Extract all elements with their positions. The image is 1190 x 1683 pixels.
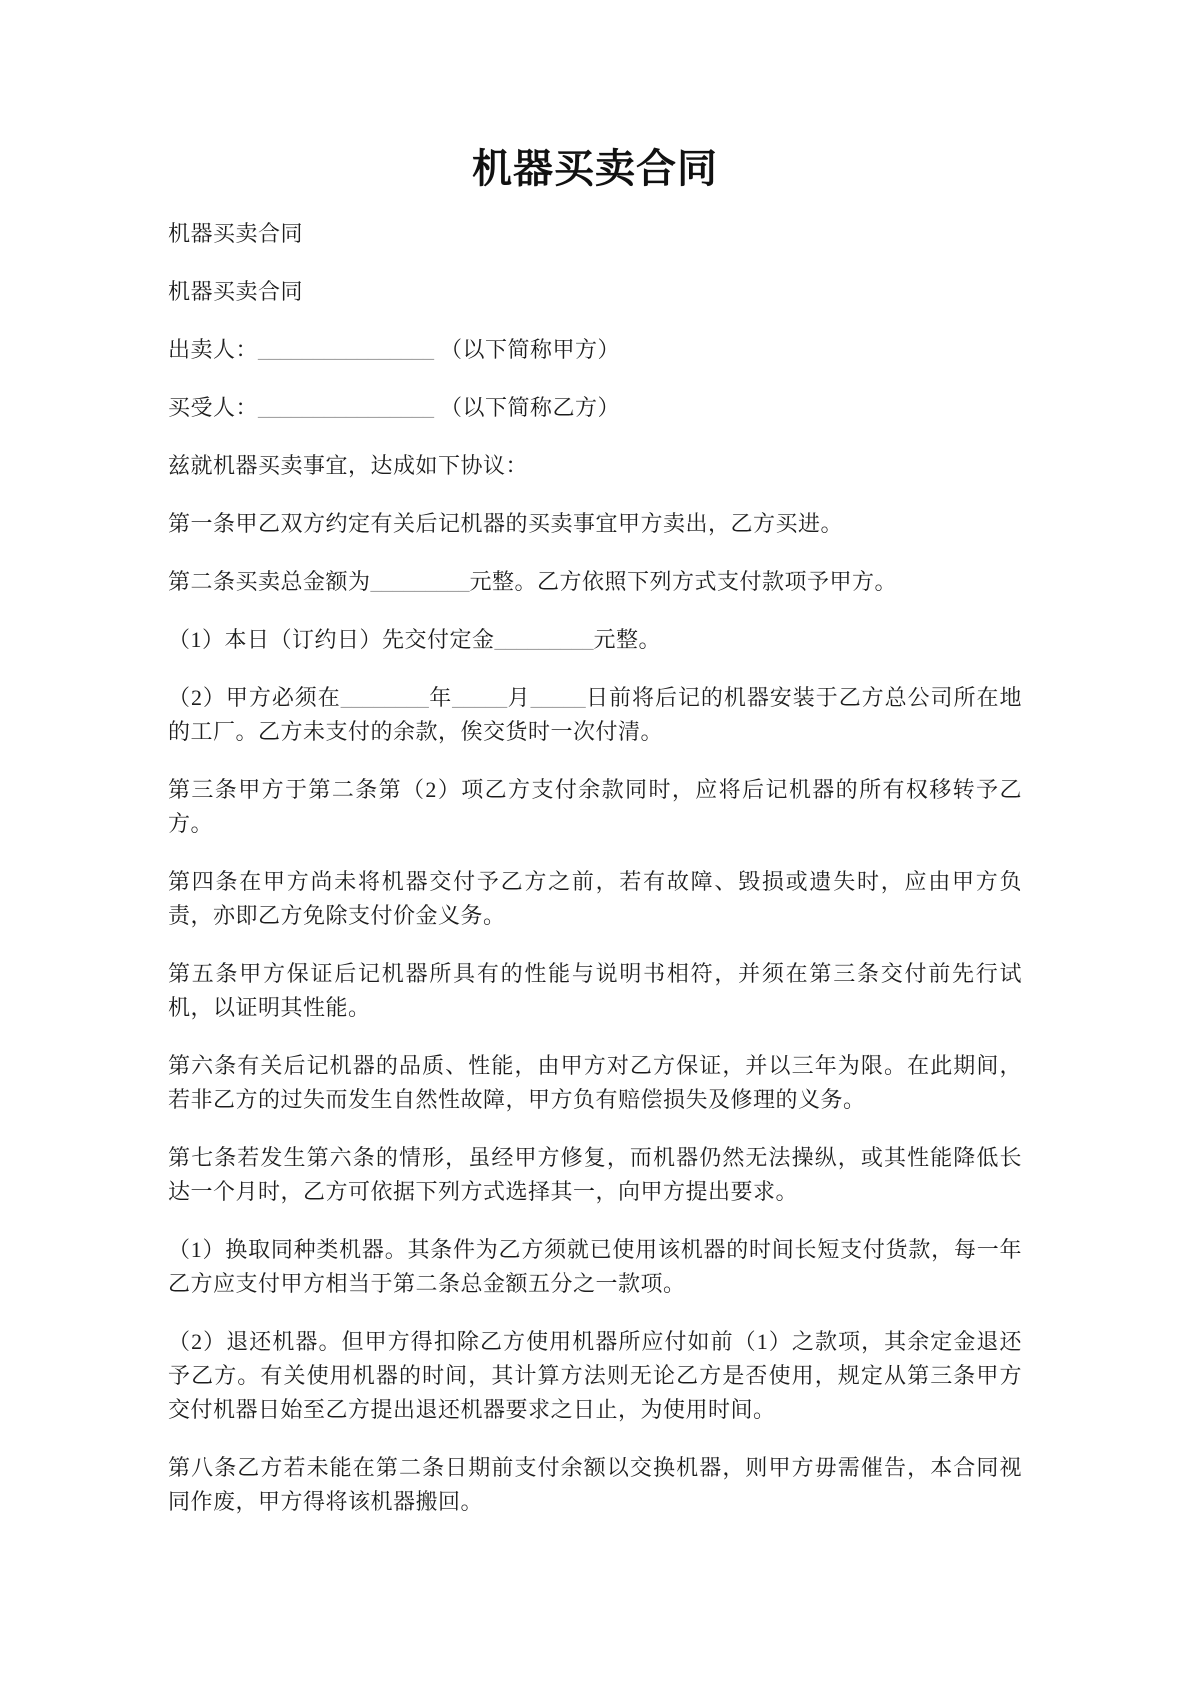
contract-document-page: 机器买卖合同 机器买卖合同 机器买卖合同 出卖人：_______________… — [0, 0, 1190, 1683]
article-2-item-1-text-post: 元整。 — [594, 627, 662, 652]
buyer-name-blank: ________________ — [258, 395, 434, 420]
article-6: 第六条有关后记机器的品质、性能，由甲方对乙方保证，并以三年为限。在此期间，若非乙… — [168, 1049, 1022, 1117]
article-7-item-2: （2）退还机器。但甲方得扣除乙方使用机器所应付如前（1）之款项，其余定金退还予乙… — [168, 1325, 1022, 1427]
article-2-amount-blank: _________ — [371, 569, 470, 594]
article-3: 第三条甲方于第二条第（2）项乙方支付余款同时，应将后记机器的所有权移转予乙方。 — [168, 773, 1022, 841]
article-2-text-pre: 第二条买卖总金额为 — [168, 569, 371, 594]
year-label: 年 — [429, 685, 452, 710]
year-blank: ________ — [341, 685, 429, 710]
seller-name-blank: ________________ — [258, 337, 434, 362]
seller-label: 出卖人： — [168, 337, 258, 362]
preamble: 兹就机器买卖事宜，达成如下协议： — [168, 449, 1022, 483]
seller-line: 出卖人：________________ （以下简称甲方） — [168, 333, 1022, 367]
buyer-label: 买受人： — [168, 395, 258, 420]
buyer-alias-note: （以下简称乙方） — [434, 395, 620, 420]
article-2-item-2-text-pre: （2）甲方必须在 — [168, 685, 341, 710]
contract-name-line-2: 机器买卖合同 — [168, 275, 1022, 309]
buyer-line: 买受人：________________ （以下简称乙方） — [168, 391, 1022, 425]
article-7: 第七条若发生第六条的情形，虽经甲方修复，而机器仍然无法操纵，或其性能降低长达一个… — [168, 1141, 1022, 1209]
month-blank: _____ — [452, 685, 507, 710]
contract-title: 机器买卖合同 — [168, 141, 1022, 197]
article-2-item-2: （2）甲方必须在________年_____月_____日前将后记的机器安装于乙… — [168, 681, 1022, 749]
article-2-item-1: （1）本日（订约日）先交付定金_________元整。 — [168, 623, 1022, 657]
month-label: 月 — [507, 685, 530, 710]
article-7-item-1: （1）换取同种类机器。其条件为乙方须就已使用该机器的时间长短支付货款，每一年乙方… — [168, 1233, 1022, 1301]
article-8: 第八条乙方若未能在第二条日期前支付余额以交换机器，则甲方毋需催告，本合同视同作废… — [168, 1451, 1022, 1519]
seller-alias-note: （以下简称甲方） — [434, 337, 620, 362]
contract-name-line-1: 机器买卖合同 — [168, 217, 1022, 251]
day-blank: _____ — [531, 685, 586, 710]
deposit-amount-blank: _________ — [495, 627, 594, 652]
article-2: 第二条买卖总金额为_________元整。乙方依照下列方式支付款项予甲方。 — [168, 565, 1022, 599]
article-5: 第五条甲方保证后记机器所具有的性能与说明书相符，并须在第三条交付前先行试机，以证… — [168, 957, 1022, 1025]
article-1: 第一条甲乙双方约定有关后记机器的买卖事宜甲方卖出，乙方买进。 — [168, 507, 1022, 541]
article-2-text-post: 元整。乙方依照下列方式支付款项予甲方。 — [470, 569, 898, 594]
article-2-item-1-text-pre: （1）本日（订约日）先交付定金 — [168, 627, 495, 652]
article-4: 第四条在甲方尚未将机器交付予乙方之前，若有故障、毁损或遗失时，应由甲方负责，亦即… — [168, 865, 1022, 933]
